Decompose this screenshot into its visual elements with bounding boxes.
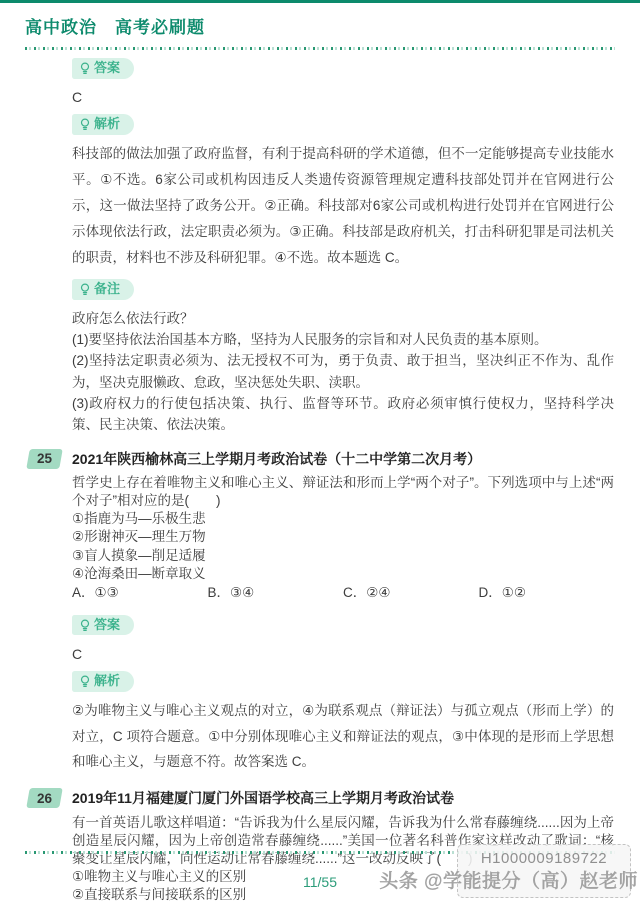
question-25: 25 2021年陕西榆林高三上学期月考政治试卷（十二中学第二次月考） 哲学史上存… <box>28 449 614 776</box>
question-26-header: 26 2019年11月福建厦门厦门外国语学校高三上学期月考政治试卷 <box>28 788 614 809</box>
lightbulb-icon <box>80 619 90 632</box>
lightbulb-icon <box>80 118 90 131</box>
analysis-text: 科技部的做法加强了政府监督，有利于提高科研的学术道德，但不一定能够提高专业技能水… <box>72 141 614 271</box>
answer-badge-label: 答案 <box>94 618 120 633</box>
statement-item: ③盲人摸象—削足适履 <box>72 547 614 565</box>
note-line: (2)坚持法定职责必须为、法无授权不可为，勇于负责、敢于担当，坚决纠正不作为、乱… <box>72 350 614 393</box>
option-row: A．①③ B．③④ C．②④ D．①② <box>72 584 614 603</box>
option-a: A．①③ <box>72 584 208 603</box>
note-line: 政府怎么依法行政？ <box>72 308 614 329</box>
page-title: 高中政治 高考必刷题 <box>25 13 640 38</box>
note-line: (3)政府权力的行使包括决策、执行、监督等环节。政府必须审慎行使权力，坚持科学决… <box>72 393 614 436</box>
question-stem: 哲学史上存在着唯物主义和唯心主义、辩证法和形而上学“两个对子”。下列选项中与上述… <box>72 474 614 510</box>
note-line: (1)要坚持依法治国基本方略，坚持为人民服务的宗旨和对人民负责的基本原则。 <box>72 329 614 350</box>
question-number: 25 <box>37 451 52 466</box>
question-number-badge: 25 <box>28 449 61 469</box>
lightbulb-icon <box>80 675 90 688</box>
answer-badge: 答案 <box>72 615 134 636</box>
question-source-title: 2021年陕西榆林高三上学期月考政治试卷（十二中学第二次月考） <box>72 450 481 470</box>
analysis-badge: 解析 <box>72 671 134 692</box>
lightbulb-icon <box>80 283 90 296</box>
analysis-text: ②为唯物主义与唯心主义观点的对立，④为联系观点（辩证法）与孤立观点（形而上学）的… <box>72 698 614 776</box>
page-header: 高中政治 高考必刷题 <box>0 3 640 38</box>
question-number-badge: 26 <box>28 788 61 808</box>
prev-question-solution: 答案 C 解析 科技部的做法加强了政府监督，有利于提高科研的学术道德，但不一定能… <box>28 50 614 436</box>
option-b: B．③④ <box>208 584 344 603</box>
statement-item: ②形谢神灭—理生万物 <box>72 528 614 546</box>
question-25-header: 25 2021年陕西榆林高三上学期月考政治试卷（十二中学第二次月考） <box>28 449 614 470</box>
option-c: C．②④ <box>343 584 479 603</box>
note-badge: 备注 <box>72 279 134 300</box>
note-text: 政府怎么依法行政？ (1)要坚持依法治国基本方略，坚持为人民服务的宗旨和对人民负… <box>72 308 614 436</box>
watermark-id: H1000009189722 <box>458 850 630 867</box>
option-d: D．①② <box>479 584 615 603</box>
question-source-title: 2019年11月福建厦门厦门外国语学校高三上学期月考政治试卷 <box>72 789 454 809</box>
answer-value: C <box>72 645 614 663</box>
analysis-badge: 解析 <box>72 114 134 135</box>
note-badge-label: 备注 <box>94 282 120 297</box>
exam-page: 高中政治 高考必刷题 答案 C 解析 科技部的做法加强了 <box>0 0 640 906</box>
content: 答案 C 解析 科技部的做法加强了政府监督，有利于提高科研的学术道德，但不一定能… <box>0 50 640 904</box>
answer-badge: 答案 <box>72 58 134 79</box>
watermark-author: 头条 @学能提分（高）赵老师 <box>379 866 638 893</box>
question-number: 26 <box>37 791 52 806</box>
statement-item: ①指鹿为马—乐极生悲 <box>72 510 614 528</box>
analysis-badge-label: 解析 <box>94 674 120 689</box>
statement-item: ④沧海桑田—断章取义 <box>72 565 614 583</box>
question-25-body: 哲学史上存在着唯物主义和唯心主义、辩证法和形而上学“两个对子”。下列选项中与上述… <box>72 474 614 775</box>
analysis-badge-label: 解析 <box>94 117 120 132</box>
answer-value: C <box>72 88 614 106</box>
answer-badge-label: 答案 <box>94 61 120 76</box>
lightbulb-icon <box>80 62 90 75</box>
